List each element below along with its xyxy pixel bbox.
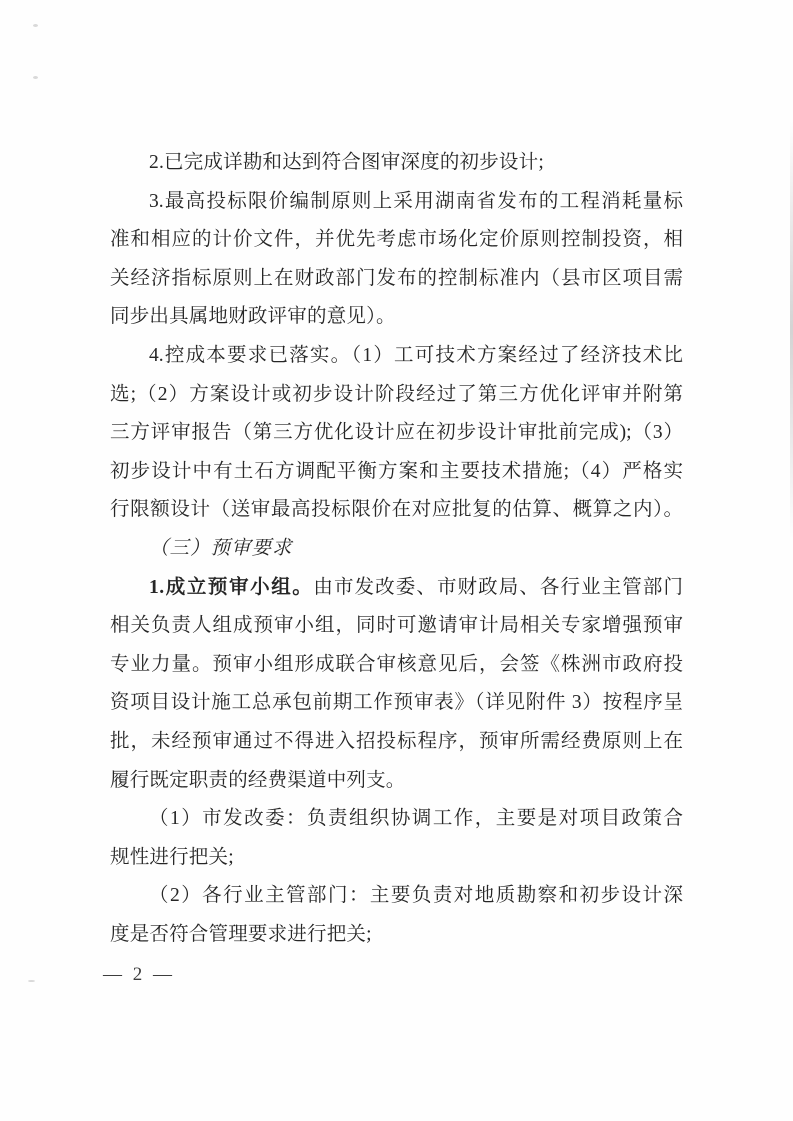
document-body: 2.已完成详勘和达到符合图审深度的初步设计; 3.最高投标限价编制原则上采用湖南…: [110, 144, 683, 954]
text-line: （1）市发改委：负责组织协调工作，主要是对项目政策合: [110, 800, 683, 839]
document-page: 2.已完成详勘和达到符合图审深度的初步设计; 3.最高投标限价编制原则上采用湖南…: [0, 0, 793, 1121]
text-line: 相关负责人组成预审小组，同时可邀请审计局相关专家增强预审: [110, 607, 683, 646]
scan-speck: [33, 76, 38, 79]
text-line: 初步设计中有土石方调配平衡方案和主要技术措施;（4）严格实: [110, 453, 683, 492]
text-line: 度是否符合管理要求进行把关;: [110, 916, 683, 955]
text-line: 批，未经预审通过不得进入招投标程序，预审所需经费原则上在: [110, 723, 683, 762]
text-line: 规性进行把关;: [110, 839, 683, 878]
text-line: （2）各行业主管部门：主要负责对地质勘察和初步设计深: [110, 877, 683, 916]
scan-speck: [33, 24, 38, 27]
page-number: — 2 —: [103, 962, 175, 988]
text-line: 行限额设计（送审最高投标限价在对应批复的估算、概算之内）。: [110, 491, 683, 530]
bold-lead-in: 1.成立预审小组。: [149, 577, 313, 598]
text-line: 4.控成本要求已落实。（1）工可技术方案经过了经济技术比: [110, 337, 683, 376]
text-line: 3.最高投标限价编制原则上采用湖南省发布的工程消耗量标: [110, 183, 683, 222]
scan-speck: [28, 980, 35, 982]
text-line: 三方评审报告（第三方优化设计应在初步设计审批前完成);（3）: [110, 414, 683, 453]
section-heading: （三）预审要求: [110, 530, 683, 569]
text-line: 履行既定职责的经费渠道中列支。: [110, 762, 683, 801]
text-line: 2.已完成详勘和达到符合图审深度的初步设计;: [110, 144, 683, 183]
text-line: 准和相应的计价文件，并优先考虑市场化定价原则控制投资，相: [110, 221, 683, 260]
text-line: 关经济指标原则上在财政部门发布的控制标准内（县市区项目需: [110, 260, 683, 299]
text-line: 资项目设计施工总承包前期工作预审表》（详见附件 3）按程序呈: [110, 684, 683, 723]
text-line: 同步出具属地财政评审的意见）。: [110, 298, 683, 337]
text-line: 选;（2）方案设计或初步设计阶段经过了第三方优化评审并附第: [110, 376, 683, 415]
text-line: 1.成立预审小组。由市发改委、市财政局、各行业主管部门: [110, 569, 683, 608]
text-line: 专业力量。预审小组形成联合审核意见后，会签《株洲市政府投: [110, 646, 683, 685]
text-segment: 由市发改委、市财政局、各行业主管部门: [313, 577, 683, 598]
